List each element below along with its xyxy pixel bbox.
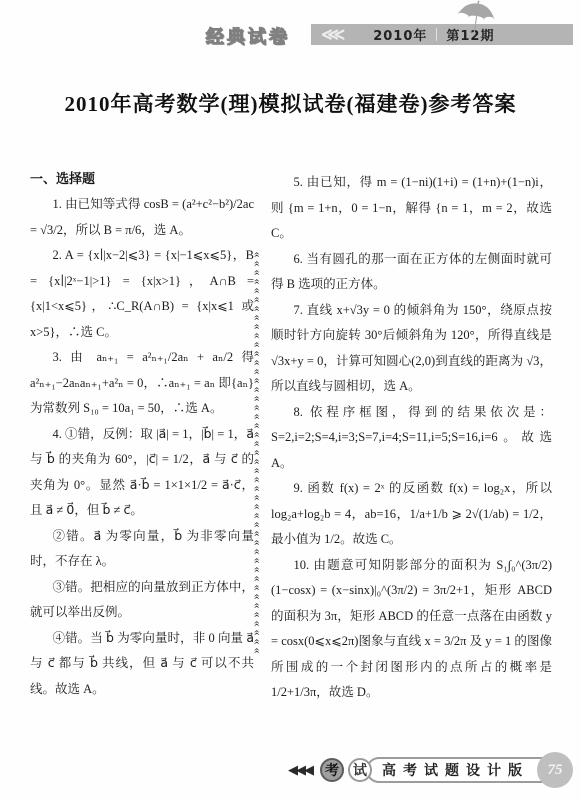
umbrella-icon: ☂: [452, 0, 499, 45]
answer-1: 1. 由已知等式得 cosB = (a²+c²−b²)/2ac = √3/2，所…: [30, 192, 254, 243]
seal-exam-character: 考: [320, 758, 344, 782]
arrows-left-icon: ◀◀◀: [288, 762, 312, 778]
answer-6: 6. 当有圆孔的那一面在正方体的左侧面时就可得 B 选项的正方体。: [271, 247, 552, 298]
left-column: 1. 由已知等式得 cosB = (a²+c²−b²)/2ac = √3/2，所…: [30, 192, 254, 770]
answer-4-part-4: ④错。当 b⃗ 为零向量时，非 0 向量 a⃗ 与 c⃗ 都与 b⃗ 共线，但 …: [30, 626, 254, 703]
right-column: 5. 由已知，得 m = (1−ni)(1+i) = (1+n)+(1−n)i，…: [271, 170, 552, 770]
answer-3: 3. 由 aₙ₊₁ = a²ₙ₊₁/2aₙ + aₙ/2 得 a²ₙ₊₁−2aₙ…: [30, 345, 254, 422]
magazine-badge: 经典试卷: [206, 23, 290, 49]
page-number-badge: 75: [537, 752, 573, 788]
scanned-document-page: 经典试卷 ⋘ 2010年 第12期 ☂ 2010年高考数学(理)模拟试卷(福建卷…: [0, 0, 581, 800]
seal-test-character: 试: [348, 758, 372, 782]
answer-9: 9. 函数 f(x) = 2ˣ 的反函数 f(x) = log₂x，所以 log…: [271, 476, 552, 553]
answer-4-part-3: ③错。把相应的向量放到正方体中，就可以举出反例。: [30, 575, 254, 626]
column-divider-chevrons: ««««««««««««««««««««««««««««««««««««««««…: [250, 169, 266, 739]
section-heading-choice-questions: 一、选择题: [30, 168, 95, 187]
issue-separator: [436, 28, 437, 41]
page-title: 2010年高考数学(理)模拟试卷(福建卷)参考答案: [0, 88, 581, 118]
issue-header-bar: ⋘ 2010年 第12期: [311, 24, 573, 45]
issue-year: 2010年: [373, 25, 427, 44]
answer-4-part-1: 4. ①错，反例：取 |a⃗| = 1，|b⃗| = 1，a⃗ 与 b⃗ 的夹角…: [30, 422, 254, 524]
answer-8: 8. 依程序框图，得到的结果依次是：S=2,i=2;S=4,i=3;S=7,i=…: [271, 400, 552, 477]
answer-5: 5. 由已知，得 m = (1−ni)(1+i) = (1+n)+(1−n)i，…: [271, 170, 552, 247]
answer-7: 7. 直线 x+√3y = 0 的倾斜角为 150°，绕原点按顺时针方向旋转 3…: [271, 298, 552, 400]
answer-10: 10. 由题意可知阴影部分的面积为 S₁∫₀^(3π/2)(1−cosx) = …: [271, 553, 552, 706]
answer-4-part-2: ②错。a⃗ 为零向量，b⃗ 为非零向量时，不存在 λ。: [30, 524, 254, 575]
chevrons-left-icon: ⋘: [321, 26, 345, 43]
footer-edition-label: 高考试题设计版: [366, 757, 565, 783]
footer: ◀◀◀ 考 试 高考试题设计版 75: [288, 752, 573, 788]
answer-2: 2. A = {x∣|x−2|⩽3} = {x|−1⩽x⩽5}，B = {x∣|…: [30, 243, 254, 345]
